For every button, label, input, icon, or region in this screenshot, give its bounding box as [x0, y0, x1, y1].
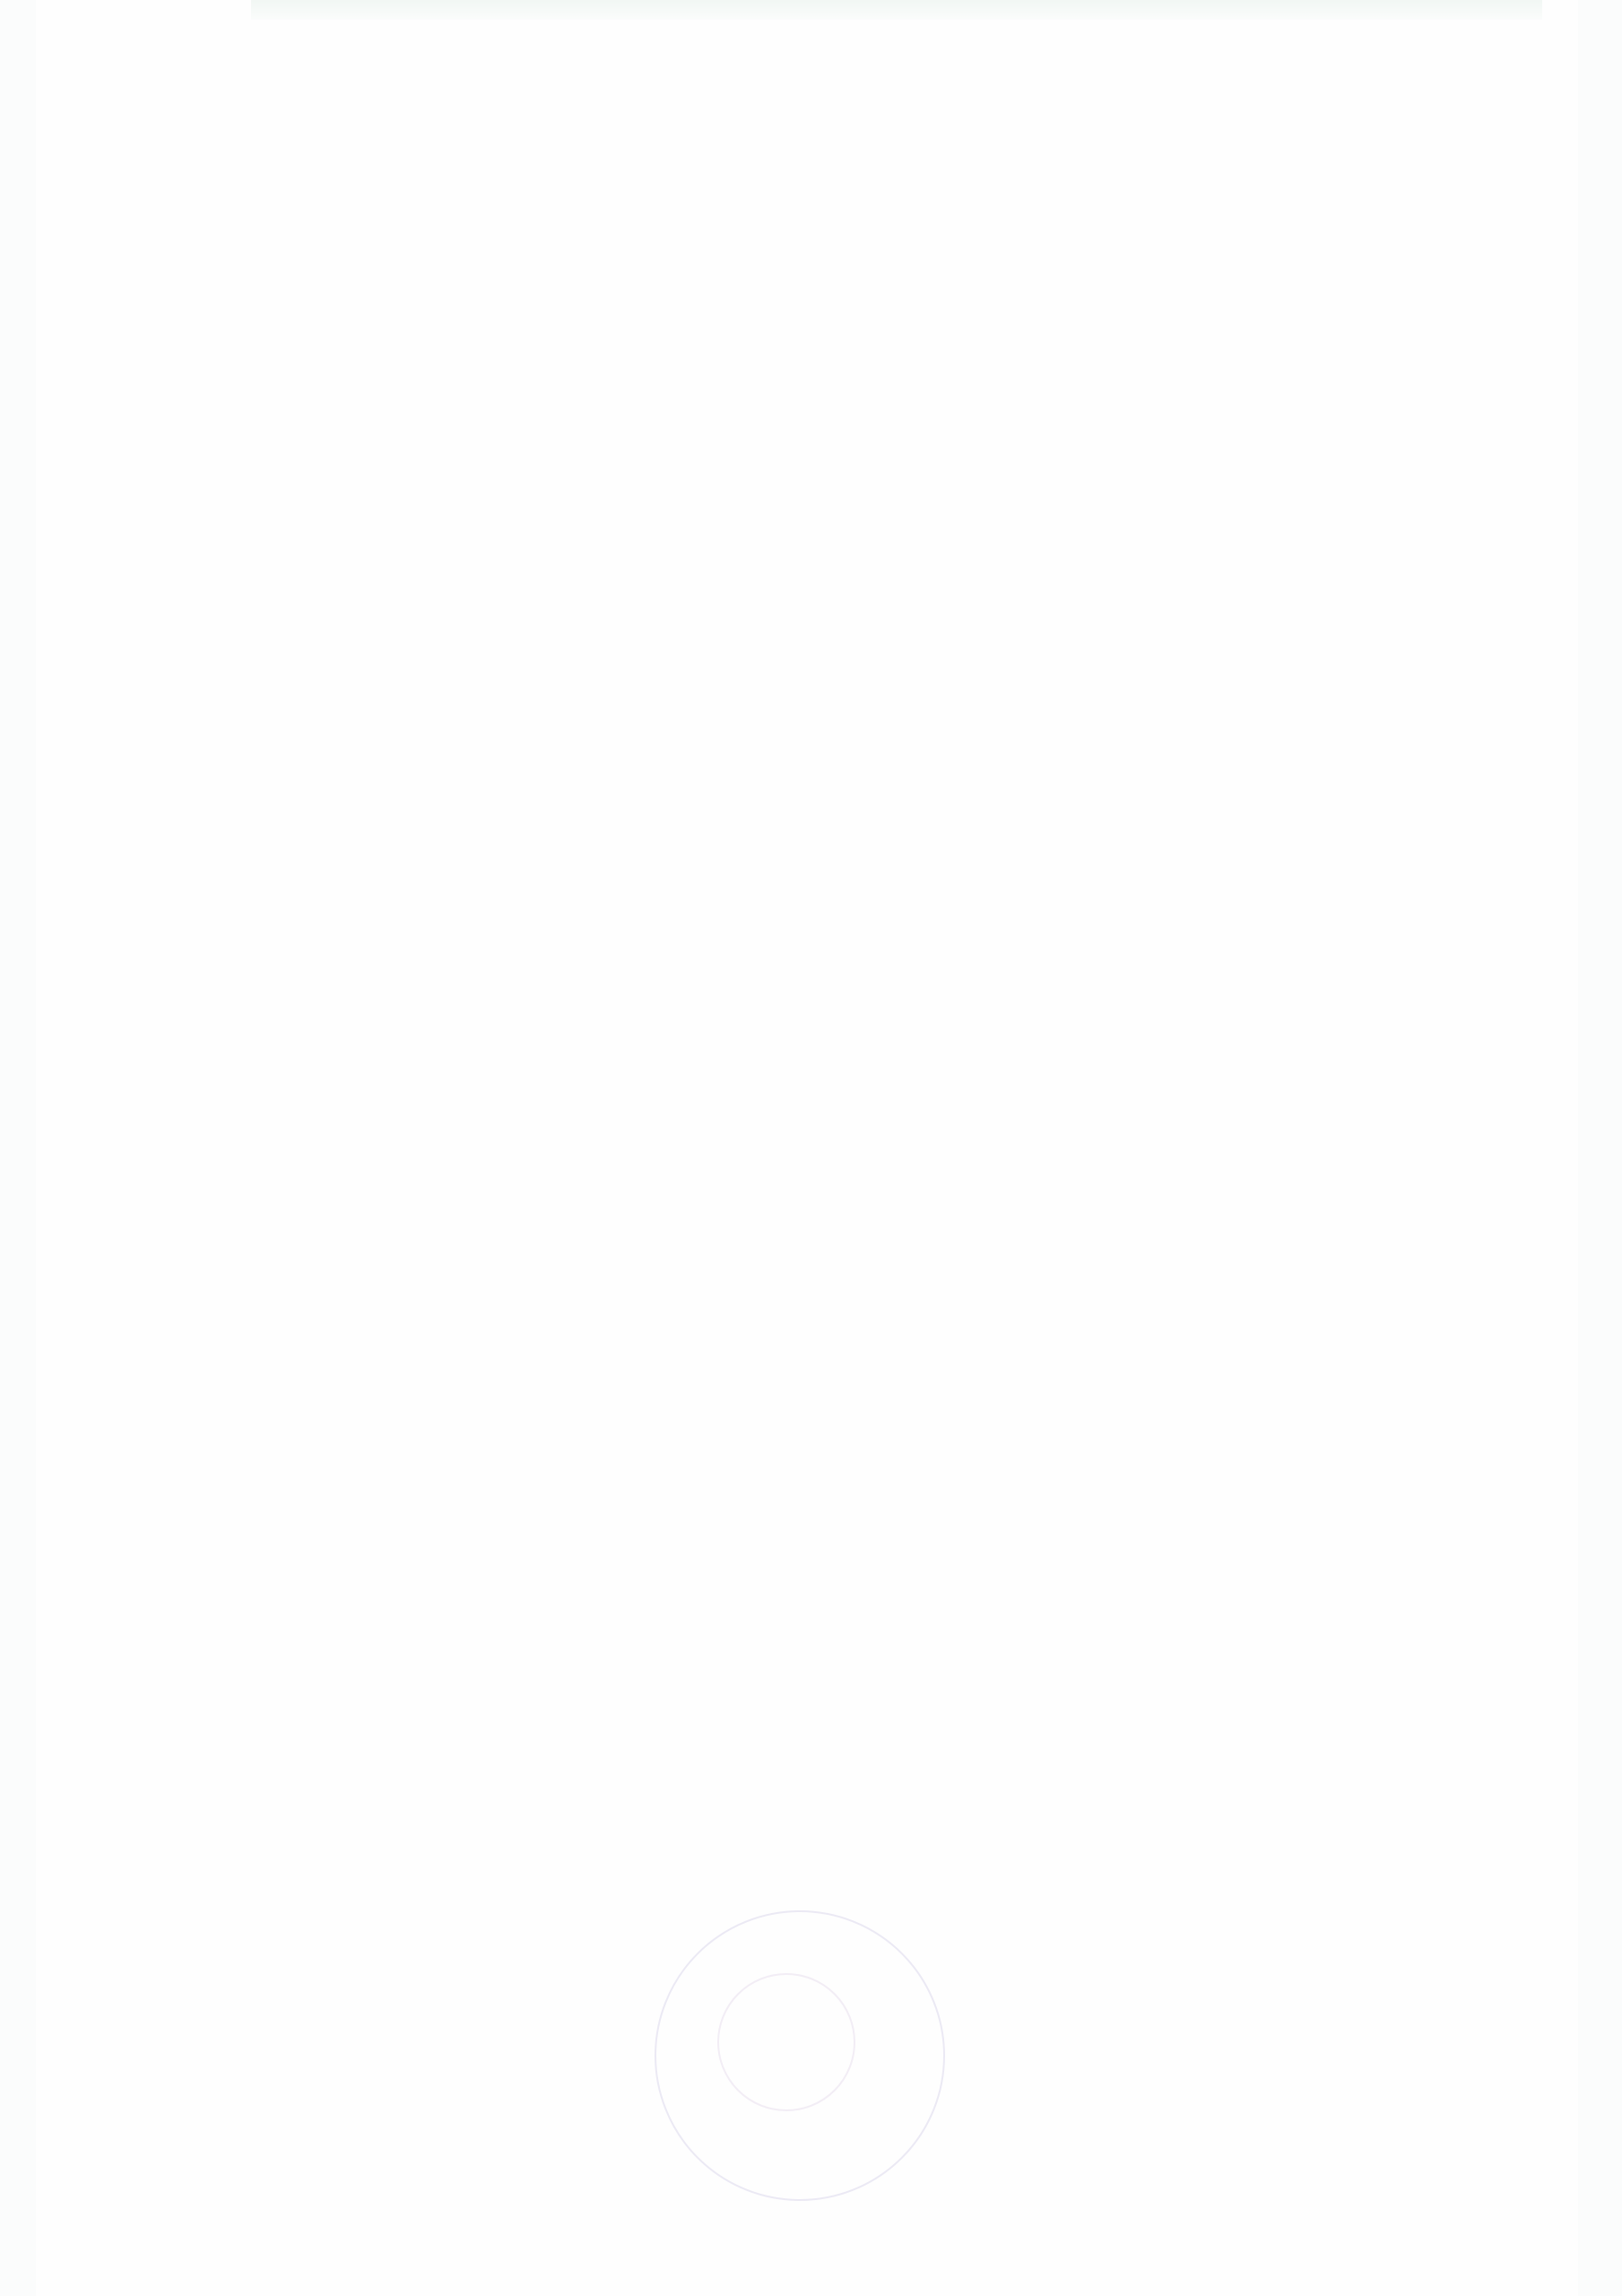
- issue-date-row: [768, 1801, 788, 1835]
- handwritten-signature-icon: [735, 1955, 968, 2188]
- scan-edge-band: [251, 0, 1542, 20]
